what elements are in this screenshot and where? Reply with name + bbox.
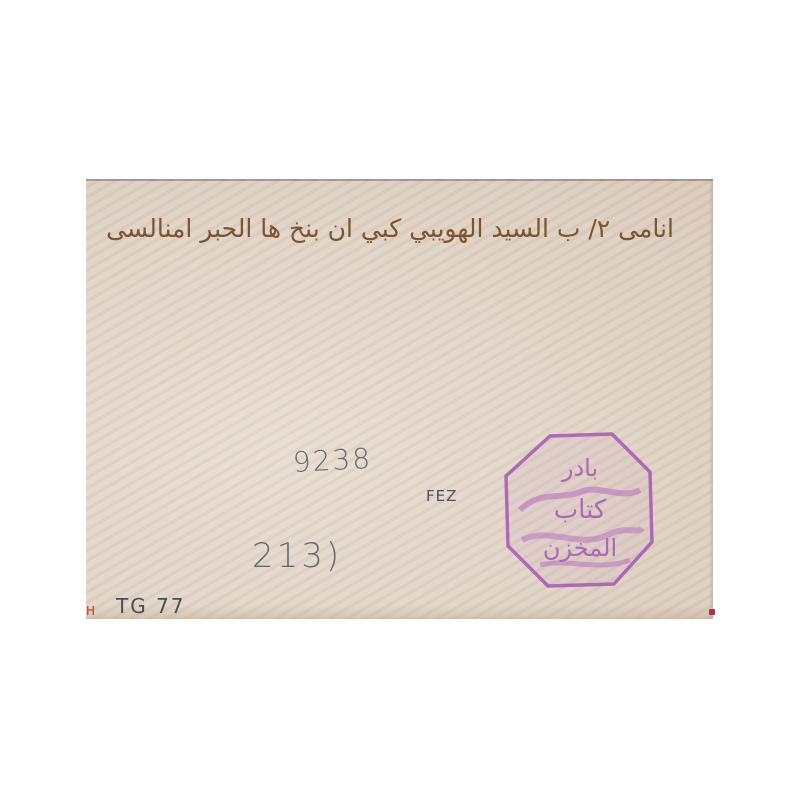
pencil-note-number-bottom: 213)	[252, 536, 342, 576]
photo-stage: انامی ٢/ ب السيد الهويبي كبي ان بنخ ها ا…	[0, 0, 800, 800]
seal-line-3: المخزن	[543, 534, 617, 562]
pencil-note-catalog-ref: TG 77	[116, 594, 186, 618]
pencil-note-city: FEZ	[426, 487, 457, 505]
seal-line-1: بادر	[561, 454, 598, 482]
red-edge-mark: H	[86, 604, 95, 618]
handwritten-arabic-address: انامی ٢/ ب السيد الهويبي كبي ان بنخ ها ا…	[90, 214, 690, 243]
seal-line-2: كتاب	[554, 495, 607, 525]
pencil-note-number-top: 9238	[292, 442, 373, 479]
red-corner-spot	[709, 609, 715, 615]
purple-octagonal-seal: بادر كتاب المخزن	[500, 430, 660, 590]
